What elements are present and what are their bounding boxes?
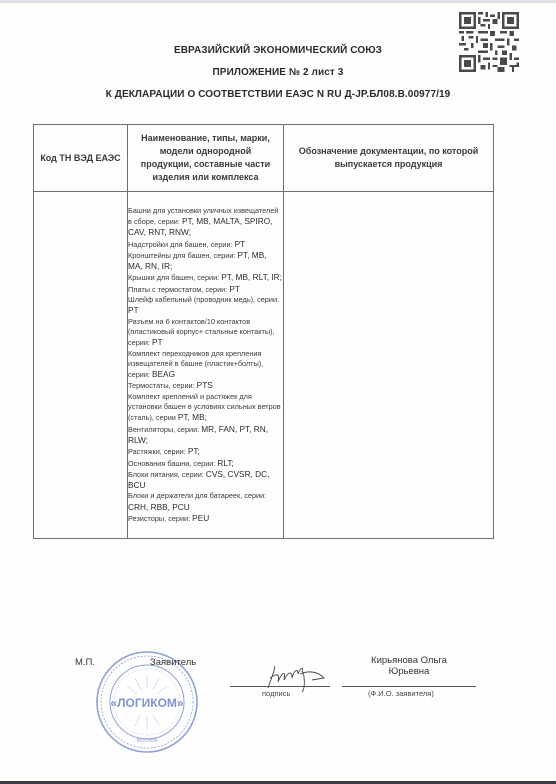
- union-title: ЕВРАЗИЙСКИЙ ЭКОНОМИЧЕСКИЙ СОЮЗ: [0, 45, 556, 56]
- list-item: Блоки и держатели для батареек, серии: C…: [128, 491, 283, 513]
- item-description: Кронштейны для башен, серии:: [128, 251, 237, 260]
- list-item: Основания башни, серии: RLT;: [128, 458, 283, 469]
- appendix-title: ПРИЛОЖЕНИЕ № 2 лист 3: [0, 67, 556, 78]
- signature-caption: подпись: [262, 689, 290, 698]
- column-header-product: Наименование, типы, марки, модели одноро…: [128, 125, 284, 192]
- qr-code-icon: [458, 12, 520, 72]
- column-header-code: Код ТН ВЭД ЕАЭС: [34, 125, 128, 192]
- stamp-label: М.П.: [75, 657, 95, 668]
- cell-documentation: [284, 192, 494, 539]
- item-description: Резисторы, серии:: [128, 514, 192, 523]
- list-item: Разъем на 6 контактов/10 контактов (плас…: [128, 317, 283, 349]
- list-item: Комплект креплений и растяжек для устано…: [128, 392, 283, 424]
- item-description: Основания башни, серии:: [128, 459, 217, 468]
- applicant-name: Кирьянова Ольга Юрьевна: [342, 655, 476, 677]
- item-description: Надстройки для башен, серии:: [128, 240, 235, 249]
- item-series: PT, MB;: [178, 412, 207, 422]
- cell-products: Башни для установки уличных извещателей …: [128, 192, 284, 539]
- applicant-name-line1: Кирьянова Ольга: [342, 655, 476, 666]
- item-description: Платы с термостатом, серии:: [128, 285, 229, 294]
- item-series: CRH, RBB, PCU: [128, 502, 190, 512]
- svg-text:МОСКВА: МОСКВА: [136, 738, 158, 744]
- svg-text:«ЛОГИКОМ»: «ЛОГИКОМ»: [110, 696, 184, 710]
- item-series: RLT;: [217, 458, 233, 468]
- declaration-title: К ДЕКЛАРАЦИИ О СООТВЕТСТВИИ ЕАЭС N RU Д-…: [0, 89, 556, 100]
- list-item: Резисторы, серии: PEU: [128, 513, 283, 524]
- signature-line: [230, 686, 330, 687]
- item-series: PEU: [192, 513, 209, 523]
- item-series: PT;: [188, 446, 200, 456]
- list-item: Платы с термостатом, серии: PT: [128, 284, 283, 295]
- list-item: Термостаты, серии: PTS: [128, 380, 283, 391]
- applicant-name-line2: Юрьевна: [342, 666, 476, 677]
- item-description: Комплект переходников для крепления изве…: [128, 349, 263, 380]
- list-item: Растяжки, серии: PT;: [128, 446, 283, 457]
- table-row: Башни для установки уличных извещателей …: [34, 192, 494, 539]
- item-series: PT: [152, 337, 163, 347]
- list-item: Шлейф кабельный (проводник медь), серии:…: [128, 295, 283, 317]
- product-table: Код ТН ВЭД ЕАЭС Наименование, типы, марк…: [33, 124, 494, 539]
- name-line: [342, 686, 476, 687]
- cell-code: [34, 192, 128, 539]
- item-series: PT: [229, 284, 240, 294]
- list-item: Вентиляторы, серии: MR, FAN, PT, RN, RLW…: [128, 424, 283, 447]
- item-series: PTS: [197, 380, 213, 390]
- list-item: Крышки для башен, серии: PT, MB, RLT, IR…: [128, 272, 283, 283]
- item-series: PT: [235, 239, 246, 249]
- column-header-documentation: Обозначение документации, по которой вып…: [284, 125, 494, 192]
- fio-caption: (Ф.И.О. заявителя): [368, 689, 434, 698]
- list-item: Надстройки для башен, серии: PT: [128, 239, 283, 250]
- applicant-label: Заявитель: [150, 657, 196, 668]
- item-series: PT: [128, 305, 139, 315]
- list-item: Башни для установки уличных извещателей …: [128, 206, 283, 239]
- item-description: Термостаты, серии:: [128, 381, 197, 390]
- list-item: Блоки питания, серии: CVS, CVSR, DC, BCU: [128, 469, 283, 492]
- item-series: BEAG: [152, 369, 175, 379]
- list-item: Комплект переходников для крепления изве…: [128, 349, 283, 381]
- item-description: Блоки и держатели для батареек, серии:: [128, 491, 266, 500]
- item-description: Растяжки, серии:: [128, 447, 188, 456]
- signature-block: М.П. «ЛОГИКОМ» МОСКВА Заявитель подпись …: [0, 640, 556, 780]
- item-description: Шлейф кабельный (проводник медь), серии:: [128, 295, 279, 304]
- item-description: Вентиляторы, серии:: [128, 425, 201, 434]
- item-description: Крышки для башен, серии:: [128, 273, 221, 282]
- item-description: Блоки питания, серии:: [128, 470, 206, 479]
- list-item: Кронштейны для башен, серии: PT, MB, MA,…: [128, 250, 283, 273]
- item-description: Разъем на 6 контактов/10 контактов (плас…: [128, 317, 275, 348]
- table-header-row: Код ТН ВЭД ЕАЭС Наименование, типы, марк…: [34, 125, 494, 192]
- item-series: PT, MB, RLT, IR;: [221, 272, 282, 282]
